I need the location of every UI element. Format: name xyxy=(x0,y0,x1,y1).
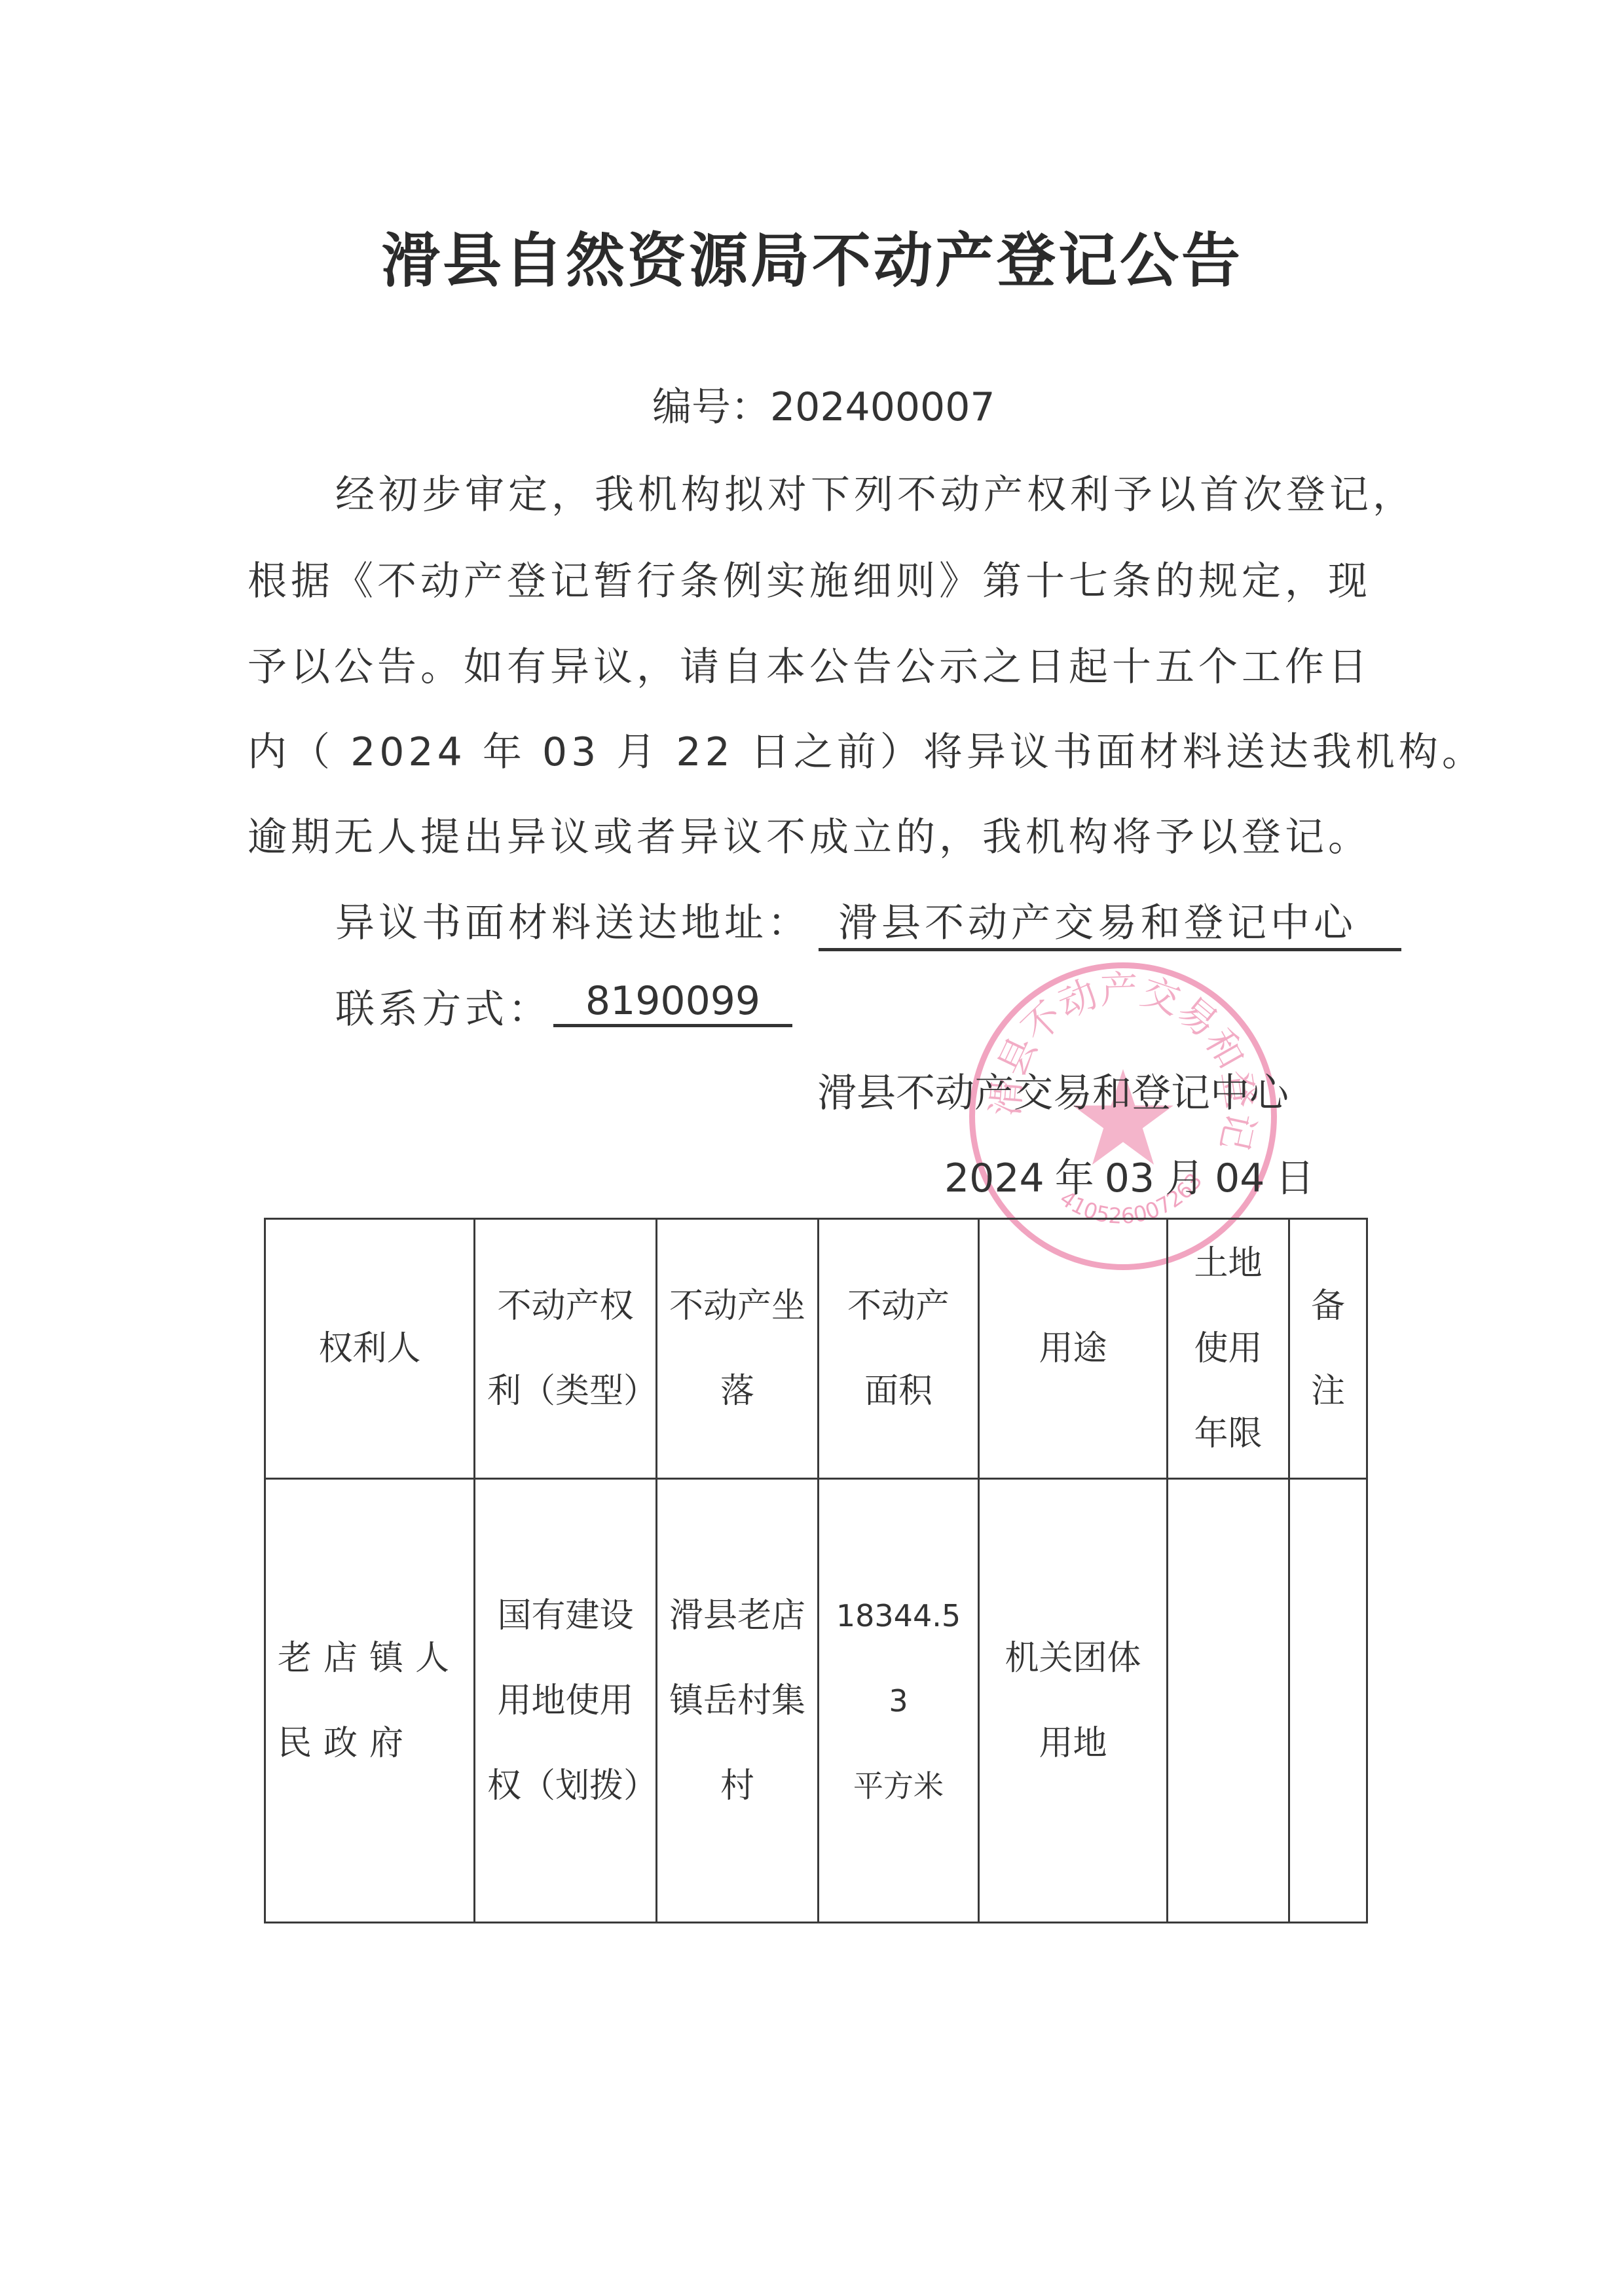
contact-label: 联系方式： xyxy=(335,978,551,1034)
header-land-term: 土地使用年限 xyxy=(1168,1219,1289,1479)
document-number-label: 编号： xyxy=(652,384,770,430)
date-day: 04 xyxy=(1215,1156,1264,1201)
issuer-name: 滑县不动产交易和登记中心 xyxy=(817,1062,1289,1118)
issue-date: 2024年03月04日 xyxy=(939,1147,1319,1203)
header-area: 不动产面积 xyxy=(819,1219,979,1479)
registration-table: 权利人 不动产权利（类型） 不动产坐落 不动产面积 用途 土地使用年限 备注 老… xyxy=(264,1218,1368,1923)
body-line-4: 内（ 2024 年 03 月 22 日之前）将异议书面材料送达我机构。 xyxy=(248,721,1485,777)
header-location: 不动产坐落 xyxy=(657,1219,819,1479)
page-title: 滑县自然资源局不动产登记公告 xyxy=(0,213,1624,298)
body-line-3: 予以公告。如有异议，请自本公告公示之日起十五个工作日 xyxy=(248,636,1371,692)
date-month-unit: 月 xyxy=(1165,1156,1204,1201)
cell-location: 滑县老店镇岳村集村 xyxy=(657,1479,819,1923)
cell-right-type: 国有建设用地使用权（划拨） xyxy=(475,1479,657,1923)
header-right-type: 不动产权利（类型） xyxy=(475,1219,657,1479)
contact-value: 8190099 xyxy=(553,978,792,1027)
cell-area: 18344.53平方米 xyxy=(819,1479,979,1923)
body-line-5: 逾期无人提出异议或者异议不成立的，我机构将予以登记。 xyxy=(248,806,1371,862)
header-holder: 权利人 xyxy=(265,1219,475,1479)
cell-holder: 老店镇人民政府 xyxy=(265,1479,475,1923)
header-usage: 用途 xyxy=(979,1219,1168,1479)
date-year-unit: 年 xyxy=(1055,1156,1094,1201)
cell-usage: 机关团体用地 xyxy=(979,1479,1168,1923)
body-line-1: 经初步审定，我机构拟对下列不动产权利予以首次登记， xyxy=(335,464,1416,520)
date-year: 2024 xyxy=(944,1156,1044,1201)
table-header-row: 权利人 不动产权利（类型） 不动产坐落 不动产面积 用途 土地使用年限 备注 xyxy=(265,1219,1367,1479)
area-unit: 平方米 xyxy=(831,1743,966,1829)
document-number: 编号：202400007 xyxy=(652,376,995,432)
date-month: 03 xyxy=(1105,1156,1154,1201)
document-number-value: 202400007 xyxy=(770,384,995,430)
address-value: 滑县不动产交易和登记中心 xyxy=(819,892,1401,951)
area-value: 18344.53 xyxy=(831,1573,966,1743)
body-line-2: 根据《不动产登记暂行条例实施细则》第十七条的规定，现 xyxy=(248,550,1371,606)
cell-land-term xyxy=(1168,1479,1289,1923)
table-row: 老店镇人民政府 国有建设用地使用权（划拨） 滑县老店镇岳村集村 18344.53… xyxy=(265,1479,1367,1923)
date-day-unit: 日 xyxy=(1275,1156,1314,1201)
header-remarks: 备注 xyxy=(1289,1219,1367,1479)
address-label: 异议书面材料送达地址： xyxy=(335,892,811,948)
cell-remarks xyxy=(1289,1479,1367,1923)
